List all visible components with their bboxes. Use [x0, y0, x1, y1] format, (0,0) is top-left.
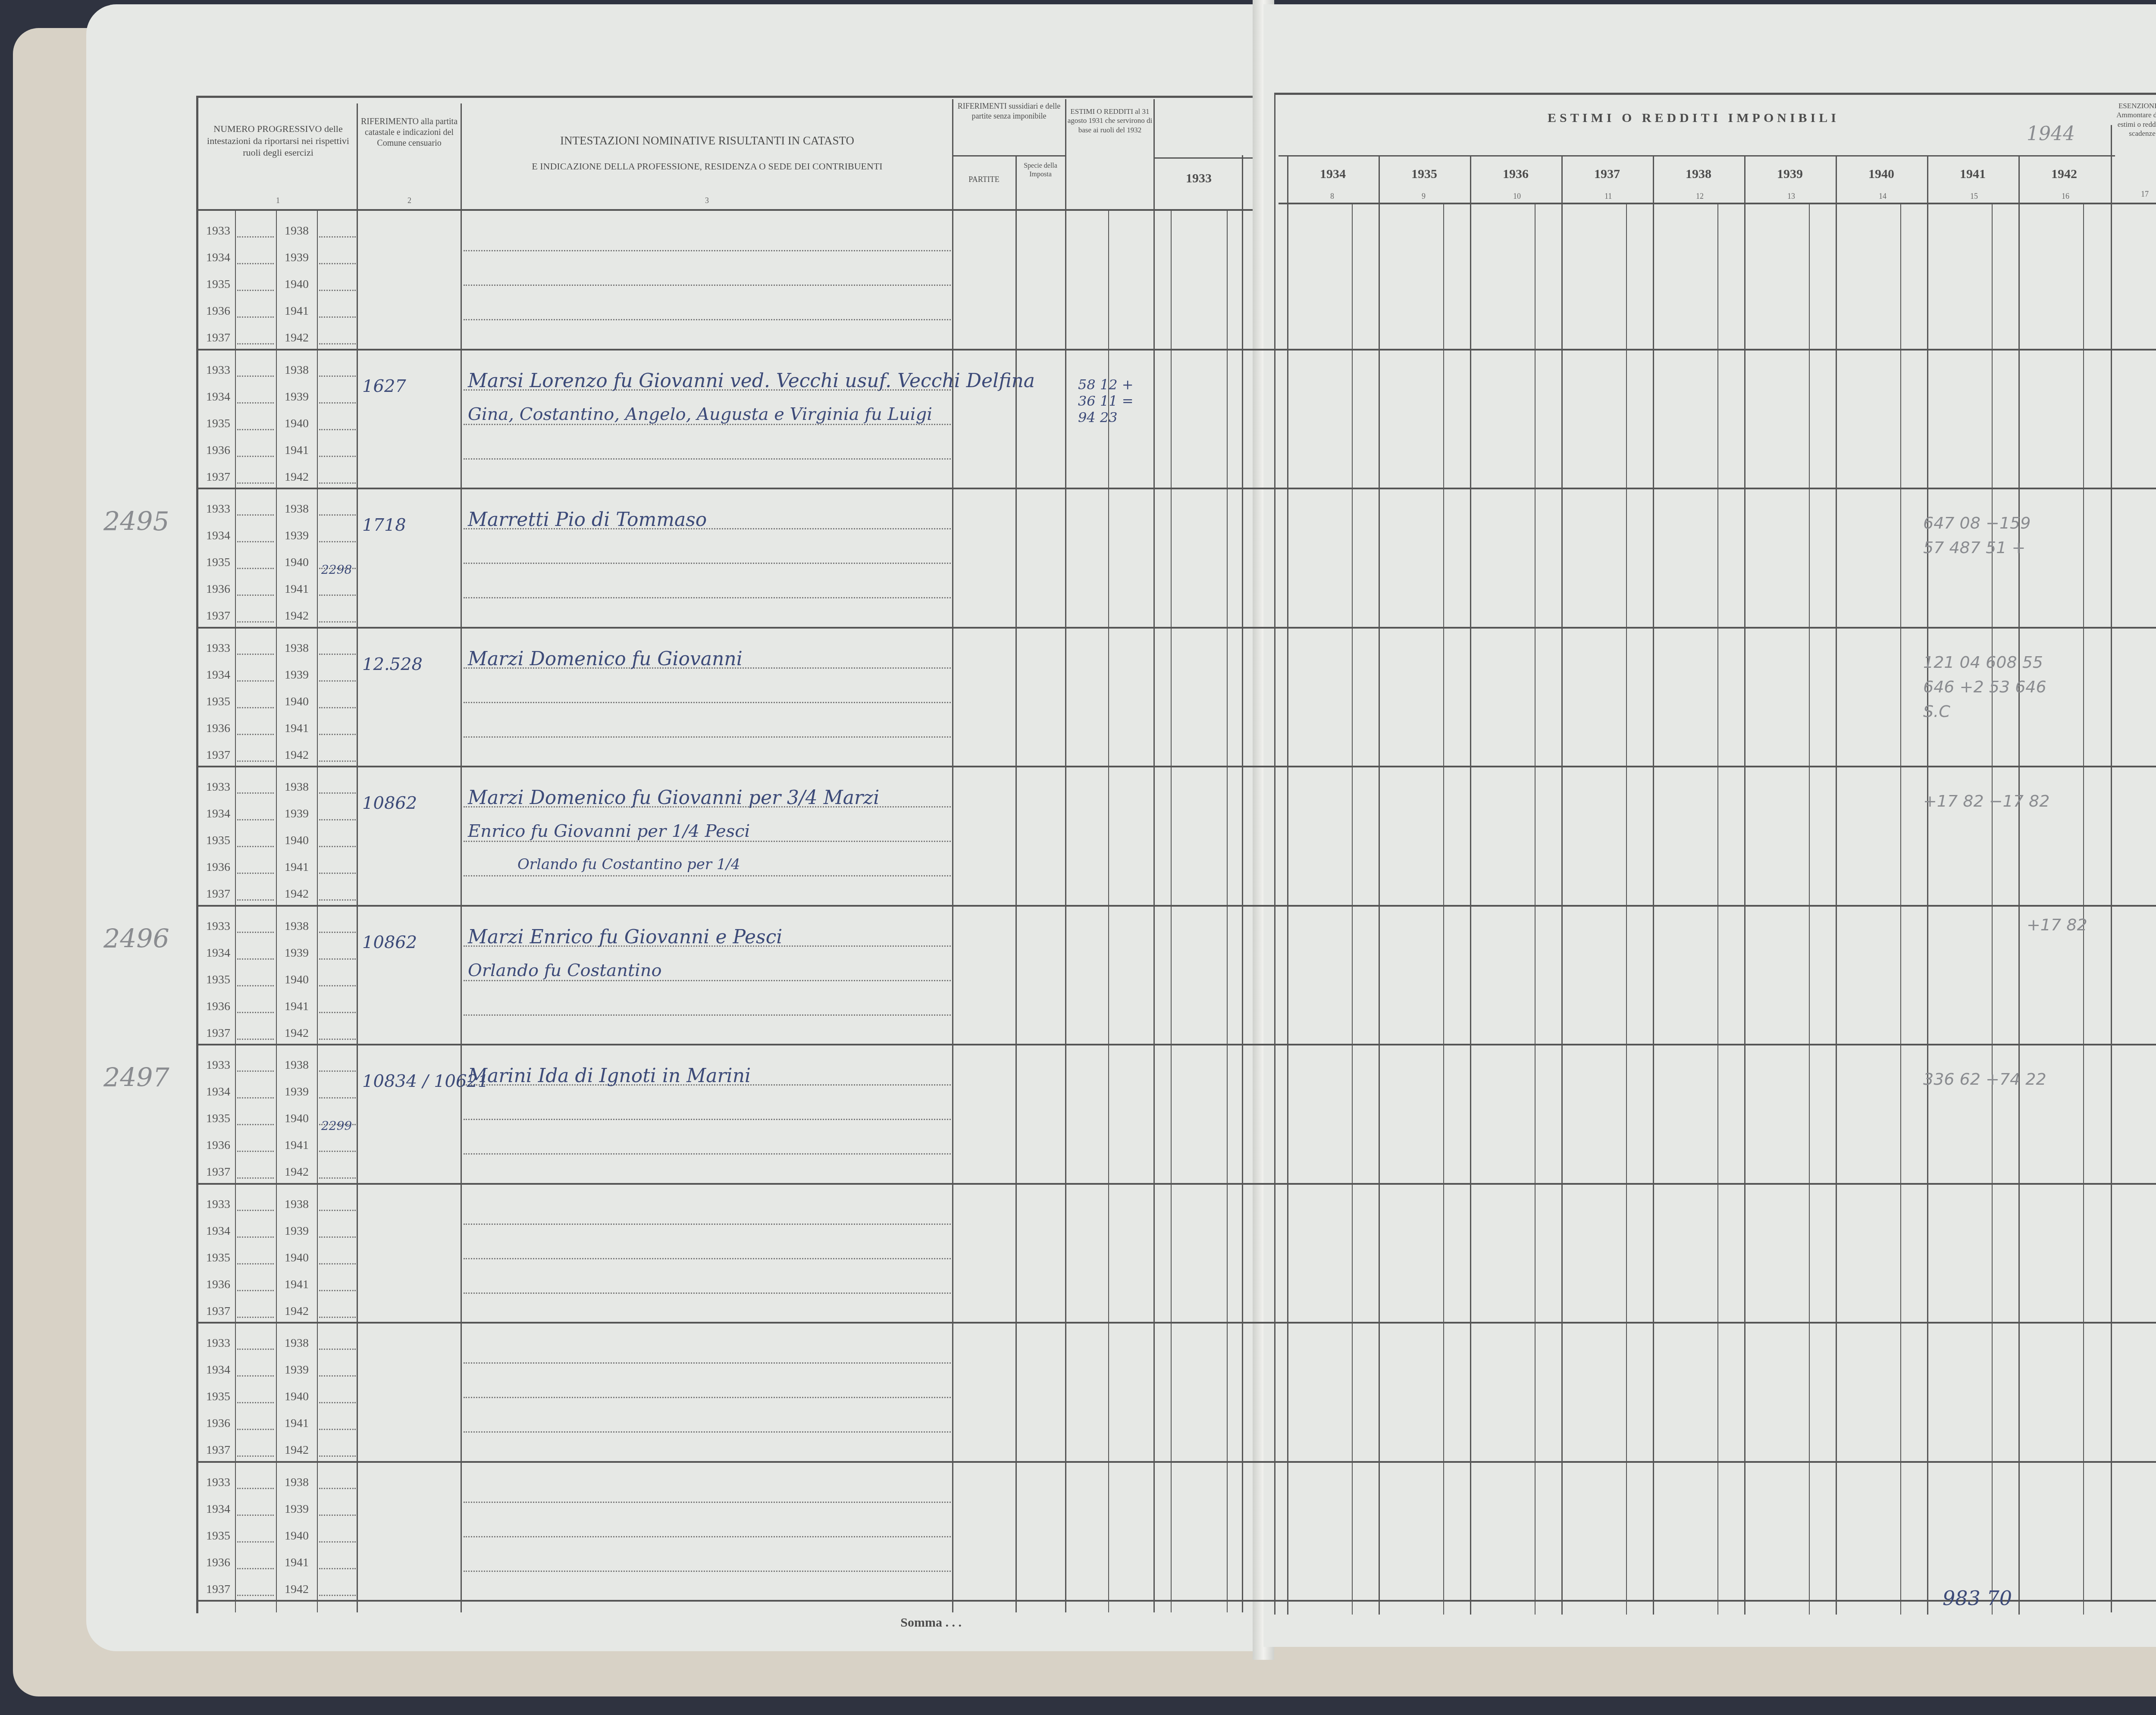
dotted-line — [237, 1236, 274, 1238]
year-label: 1935 — [206, 1112, 230, 1126]
year-label: 1933 — [206, 363, 230, 377]
row-separator — [196, 627, 2156, 629]
year-label: 1937 — [206, 1026, 230, 1040]
year-label: 1935 — [206, 1529, 230, 1543]
dotted-line — [237, 595, 274, 596]
year-label: 1937 — [206, 748, 230, 762]
col-divider — [1626, 203, 1627, 1615]
col-divider — [235, 209, 236, 1612]
year-label: 1940 — [285, 1112, 309, 1126]
col-divider — [1287, 155, 1288, 1615]
year-label: 1941 — [285, 1278, 309, 1292]
dotted-line — [319, 958, 356, 960]
col-divider — [1717, 203, 1718, 1615]
column-number: 14 — [1879, 192, 1887, 201]
year-label: 1935 — [206, 695, 230, 709]
year-label: 1938 — [285, 780, 309, 794]
col-divider — [1242, 155, 1243, 1612]
year-label: 1935 — [206, 556, 230, 570]
year-label: 1940 — [285, 1251, 309, 1265]
dotted-line — [319, 541, 356, 542]
dotted-line — [319, 429, 356, 430]
dotted-line — [237, 1541, 274, 1543]
dotted-line — [319, 792, 356, 794]
header-intestazioni-title: INTESTAZIONI NOMINATIVE RISULTANTI IN CA… — [464, 134, 951, 148]
estimo-1941: 647 08 −159 57 487 51 + — [1923, 511, 2053, 560]
estimo-1941: 121 04 608 55 646 +2 53 646 S.C — [1923, 650, 2053, 724]
dotted-line — [237, 1349, 274, 1350]
dotted-line — [319, 1263, 356, 1264]
year-label: 1934 — [206, 807, 230, 821]
partita-number: 10862 — [362, 793, 417, 813]
year-label: 1934 — [206, 946, 230, 960]
year-label: 1941 — [285, 722, 309, 735]
dotted-line — [319, 1012, 356, 1013]
year-label: 1938 — [285, 920, 309, 933]
year-label: 1937 — [206, 1583, 230, 1596]
dotted-line — [319, 1488, 356, 1489]
year-label: 1939 — [285, 1224, 309, 1238]
year-label: 1937 — [206, 1443, 230, 1457]
year-label: 1933 — [206, 1058, 230, 1072]
col-divider — [357, 103, 358, 1612]
year-label: 1938 — [285, 642, 309, 655]
dotted-line — [319, 760, 356, 762]
dotted-line — [237, 985, 274, 986]
dotted-line — [319, 873, 356, 874]
header-intestazioni-subtitle: E INDICAZIONE DELLA PROFESSIONE, RESIDEN… — [464, 160, 951, 172]
year-label: 1935 — [206, 278, 230, 291]
side-number: 2299 — [321, 1119, 352, 1133]
year-label: 1941 — [285, 1556, 309, 1570]
years-header-rule — [1279, 155, 2115, 156]
column-number: 1 — [276, 196, 280, 205]
dotted-line — [237, 514, 274, 516]
year-label: 1934 — [206, 390, 230, 404]
year-label: 1938 — [285, 224, 309, 238]
dotted-line — [319, 376, 356, 377]
year-label: 1940 — [285, 1390, 309, 1404]
year-label: 1935 — [206, 1251, 230, 1265]
dotted-line — [464, 1536, 951, 1537]
dotted-line — [237, 568, 274, 569]
dotted-line — [319, 1515, 356, 1516]
header-riferimento: RIFERIMENTO alla partita catastale e ind… — [359, 116, 460, 149]
dotted-line — [319, 290, 356, 291]
column-number: 12 — [1696, 192, 1704, 201]
dotted-line — [319, 1039, 356, 1040]
header-year: 1936 — [1470, 166, 1561, 182]
header-year: 1935 — [1379, 166, 1470, 182]
year-label: 1942 — [285, 1443, 309, 1457]
dotted-line — [319, 1595, 356, 1596]
dotted-line — [319, 985, 356, 986]
dotted-line — [237, 1039, 274, 1040]
year-label: 1933 — [206, 1476, 230, 1490]
dotted-line — [237, 958, 274, 960]
form-model-label: Mod. 111 - Imposte Dirette (Intercalare)… — [2083, 65, 2156, 75]
year-label: 1934 — [206, 1224, 230, 1238]
year-label: 1933 — [206, 780, 230, 794]
dotted-line — [464, 875, 951, 876]
margin-number: 2495 — [103, 507, 169, 537]
dotted-line — [319, 1317, 356, 1318]
year-label: 1936 — [206, 1417, 230, 1430]
row-separator — [196, 1461, 2156, 1463]
dotted-line — [319, 734, 356, 735]
year-label: 1942 — [285, 1165, 309, 1179]
year-label: 1939 — [285, 1363, 309, 1377]
estimo-1931: 58 12 + 36 11 = 94 23 — [1078, 376, 1151, 426]
year-label: 1933 — [206, 920, 230, 933]
year-label: 1934 — [206, 529, 230, 543]
col-divider — [2083, 203, 2084, 1615]
dotted-line — [464, 597, 951, 598]
dotted-line — [237, 1515, 274, 1516]
header-year: 1941 — [1927, 166, 2018, 182]
column-number: 16 — [2062, 192, 2069, 201]
year-label: 1937 — [206, 331, 230, 345]
column-number: 3 — [705, 196, 709, 205]
dotted-line — [464, 702, 951, 703]
column-number: 11 — [1604, 192, 1612, 201]
dotted-line — [237, 1290, 274, 1291]
header-year: 1934 — [1287, 166, 1379, 182]
dotted-line — [319, 595, 356, 596]
entry-name-line2: Enrico fu Giovanni per 1/4 Pesci — [468, 821, 750, 841]
partita-number: 10862 — [362, 933, 417, 952]
dotted-line — [237, 792, 274, 794]
year-label: 1939 — [285, 251, 309, 265]
header-riferimenti-sussidiari: RIFERIMENTI sussidiari e delle partite s… — [954, 101, 1064, 121]
estimo-1942: +17 82 — [2027, 915, 2087, 934]
year-label: 1939 — [285, 946, 309, 960]
entry-name: Marsi Lorenzo fu Giovanni ved. Vecchi us… — [468, 370, 1035, 392]
col-divider — [1352, 203, 1353, 1615]
col-divider — [1535, 203, 1536, 1615]
dotted-line — [319, 1097, 356, 1098]
column-number: 10 — [1513, 192, 1521, 201]
year-label: 1938 — [285, 1058, 309, 1072]
dotted-line — [464, 1014, 951, 1016]
table-top-border-right — [1274, 93, 2156, 95]
header-bottom-rule — [196, 209, 1253, 211]
row-separator — [196, 1183, 2156, 1185]
year-label: 1933 — [206, 642, 230, 655]
total-1941-value: 983 70 — [1943, 1587, 2012, 1610]
year-label: 1941 — [285, 1000, 309, 1014]
year-label: 1939 — [285, 668, 309, 682]
row-separator — [196, 1322, 2156, 1324]
dotted-line — [237, 680, 274, 682]
dotted-line — [464, 563, 951, 564]
year-label: 1936 — [206, 582, 230, 596]
header-specie-imposta: Specie della Imposta — [1017, 162, 1064, 179]
year-label: 1940 — [285, 1529, 309, 1543]
col-divider — [1744, 155, 1745, 1615]
year-label: 1942 — [285, 748, 309, 762]
dotted-line — [237, 1097, 274, 1098]
year-label: 1933 — [206, 502, 230, 516]
dotted-line — [464, 1153, 951, 1155]
year-label: 1940 — [285, 695, 309, 709]
dotted-line — [237, 846, 274, 847]
col-divider — [2018, 155, 2020, 1615]
dotted-line — [319, 263, 356, 264]
year-label: 1936 — [206, 722, 230, 735]
total-label: Somma . . . — [819, 1615, 962, 1631]
dotted-line — [464, 458, 951, 460]
year-label: 1937 — [206, 1305, 230, 1318]
dotted-line — [237, 819, 274, 820]
year-label: 1933 — [206, 1198, 230, 1211]
dotted-line — [319, 1210, 356, 1211]
header-estimi-1931: ESTIMI O REDDITI al 31 agosto 1931 che s… — [1067, 107, 1153, 135]
row-separator — [196, 488, 2156, 489]
dotted-line — [237, 376, 274, 377]
column-number: 15 — [1970, 192, 1978, 201]
header-year-1933: 1933 — [1156, 170, 1242, 187]
entry-name: Marzi Domenico fu Giovanni per 3/4 Marzi — [468, 787, 879, 809]
partita-number: 12.528 — [362, 654, 423, 674]
dotted-line — [319, 236, 356, 238]
dotted-line — [319, 1455, 356, 1457]
year-label: 1938 — [285, 363, 309, 377]
year-label: 1937 — [206, 887, 230, 901]
dotted-line — [237, 1455, 274, 1457]
dotted-line — [464, 285, 951, 286]
dotted-line — [464, 250, 951, 251]
dotted-line — [464, 1362, 951, 1364]
col-divider — [952, 99, 953, 1612]
year-label: 1934 — [206, 1502, 230, 1516]
year-label: 1938 — [285, 1336, 309, 1350]
year-label: 1942 — [285, 1583, 309, 1596]
dotted-line — [464, 1258, 951, 1259]
year-label: 1940 — [285, 556, 309, 570]
col-divider — [1443, 203, 1444, 1615]
header-numero-progressivo: NUMERO PROGRESSIVO delle intestazioni da… — [201, 123, 356, 159]
year-label: 1935 — [206, 1390, 230, 1404]
dotted-line — [464, 1502, 951, 1503]
dotted-line — [237, 1177, 274, 1179]
row-separator — [196, 1600, 2156, 1602]
col-divider — [2111, 125, 2112, 1612]
dotted-line — [319, 1070, 356, 1072]
dotted-line — [237, 734, 274, 735]
dotted-line — [237, 482, 274, 484]
table-left-border — [196, 96, 198, 1613]
year-label: 1942 — [285, 1305, 309, 1318]
dotted-line — [237, 1568, 274, 1569]
dotted-line — [464, 1119, 951, 1120]
dotted-line — [237, 1402, 274, 1403]
col-divider — [1927, 155, 1928, 1615]
side-number: 2298 — [321, 563, 352, 577]
year-label: 1935 — [206, 973, 230, 987]
estimo-1941: +17 82 −17 82 — [1923, 789, 2053, 814]
right-page — [1263, 4, 2156, 1647]
year-label: 1942 — [285, 1026, 309, 1040]
dotted-line — [319, 1568, 356, 1569]
col-divider — [317, 209, 318, 1612]
year-label: 1933 — [206, 1336, 230, 1350]
dotted-line — [319, 819, 356, 820]
header-year: 1938 — [1653, 166, 1744, 182]
entry-name-line3: Orlando fu Costantino per 1/4 — [517, 856, 740, 873]
dotted-line — [237, 932, 274, 933]
dotted-line — [237, 873, 274, 874]
margin-number: 2497 — [103, 1063, 169, 1093]
dotted-line — [237, 760, 274, 762]
year-label: 1940 — [285, 417, 309, 431]
dotted-line — [237, 1375, 274, 1377]
col-divider — [1274, 93, 1275, 1615]
col-divider — [1836, 155, 1837, 1615]
entry-name: Marzi Domenico fu Giovanni — [468, 648, 743, 670]
header-year: 1937 — [1561, 166, 1653, 182]
year-label: 1934 — [206, 1363, 230, 1377]
dotted-line — [237, 541, 274, 542]
year-label: 1934 — [206, 668, 230, 682]
row-separator — [196, 905, 2156, 907]
dotted-line — [319, 899, 356, 901]
row-separator — [196, 1044, 2156, 1045]
dotted-line — [237, 1210, 274, 1211]
dotted-line — [237, 343, 274, 344]
dotted-line — [237, 1488, 274, 1489]
dotted-line — [319, 654, 356, 655]
year-label: 1936 — [206, 1000, 230, 1014]
header-year: 1939 — [1744, 166, 1836, 182]
col-divider — [1653, 155, 1654, 1615]
dotted-line — [319, 707, 356, 708]
year-label: 1936 — [206, 1556, 230, 1570]
dotted-line — [237, 899, 274, 901]
dotted-line — [319, 1402, 356, 1403]
dotted-line — [319, 456, 356, 457]
subheader-rule — [1153, 157, 1253, 159]
dotted-line — [237, 1012, 274, 1013]
col-divider — [1227, 209, 1228, 1612]
entry-name-line2: Gina, Costantino, Angelo, Augusta e Virg… — [468, 404, 932, 424]
dotted-line — [319, 1236, 356, 1238]
column-number: 2 — [407, 196, 411, 205]
entry-name: Marretti Pio di Tommaso — [468, 509, 707, 531]
dotted-line — [464, 736, 951, 738]
dotted-line — [319, 482, 356, 484]
year-label: 1941 — [285, 582, 309, 596]
year-label: 1939 — [285, 807, 309, 821]
dotted-line — [237, 1263, 274, 1264]
row-separator — [196, 766, 2156, 767]
col-divider — [1470, 155, 1471, 1615]
dotted-line — [237, 1429, 274, 1430]
dotted-line — [319, 514, 356, 516]
dotted-line — [237, 456, 274, 457]
col-divider — [1900, 203, 1901, 1615]
year-label: 1938 — [285, 502, 309, 516]
dotted-line — [464, 1571, 951, 1572]
entry-name: Marzi Enrico fu Giovanni e Pesci — [468, 926, 782, 948]
col-divider — [1379, 155, 1380, 1615]
dotted-line — [464, 1397, 951, 1398]
entry-name-line2: Orlando fu Costantino — [468, 961, 662, 980]
dotted-line — [237, 1070, 274, 1072]
year-label: 1935 — [206, 417, 230, 431]
dotted-line — [237, 1317, 274, 1318]
dotted-line — [319, 1541, 356, 1543]
dotted-line — [464, 319, 951, 320]
dotted-line — [319, 846, 356, 847]
dotted-line — [237, 707, 274, 708]
dotted-line — [319, 1290, 356, 1291]
year-label: 1937 — [206, 470, 230, 484]
year-label: 1938 — [285, 1476, 309, 1490]
dotted-line — [464, 1293, 951, 1294]
row-separator — [196, 349, 2156, 351]
header-year: 1942 — [2018, 166, 2110, 182]
dotted-line — [237, 263, 274, 264]
year-label: 1942 — [285, 887, 309, 901]
year-label: 1935 — [206, 834, 230, 848]
dotted-line — [237, 429, 274, 430]
dotted-line — [319, 680, 356, 682]
partita-number: 1718 — [362, 515, 406, 535]
margin-number: 2496 — [103, 924, 169, 954]
entry-name: Marini Ida di Ignoti in Marini — [468, 1065, 751, 1087]
dotted-line — [319, 1375, 356, 1377]
dotted-line — [319, 1429, 356, 1430]
column-number: 17 — [2141, 190, 2149, 199]
year-label: 1936 — [206, 1278, 230, 1292]
year-label: 1942 — [285, 470, 309, 484]
col-divider — [461, 103, 462, 1612]
dotted-line — [319, 343, 356, 344]
year-label: 1941 — [285, 1139, 309, 1152]
estimo-1941: 336 62 +74 22 — [1923, 1067, 2053, 1092]
header-year: 1940 — [1836, 166, 1927, 182]
year-label: 1941 — [285, 444, 309, 457]
year-label: 1934 — [206, 1085, 230, 1099]
year-label: 1940 — [285, 973, 309, 987]
dotted-line — [319, 1349, 356, 1350]
year-label: 1942 — [285, 609, 309, 623]
year-label: 1936 — [206, 1139, 230, 1152]
header-partite: PARTITE — [954, 175, 1014, 185]
year-label: 1938 — [285, 1198, 309, 1211]
dotted-line — [237, 1124, 274, 1125]
year-label: 1939 — [285, 529, 309, 543]
dotted-line — [237, 236, 274, 238]
year-label: 1939 — [285, 390, 309, 404]
year-label: 1936 — [206, 861, 230, 874]
year-label: 1936 — [206, 304, 230, 318]
year-label: 1939 — [285, 1085, 309, 1099]
dotted-line — [319, 402, 356, 404]
dotted-line — [237, 1595, 274, 1596]
col-divider — [1809, 203, 1810, 1615]
column-number: 9 — [1422, 192, 1426, 201]
year-label: 1933 — [206, 224, 230, 238]
col-divider — [1065, 99, 1066, 1612]
year-label: 1941 — [285, 1417, 309, 1430]
year-label: 1937 — [206, 609, 230, 623]
dotted-line — [319, 932, 356, 933]
dotted-line — [319, 316, 356, 318]
column-number: 13 — [1787, 192, 1795, 201]
year-label: 1939 — [285, 1502, 309, 1516]
